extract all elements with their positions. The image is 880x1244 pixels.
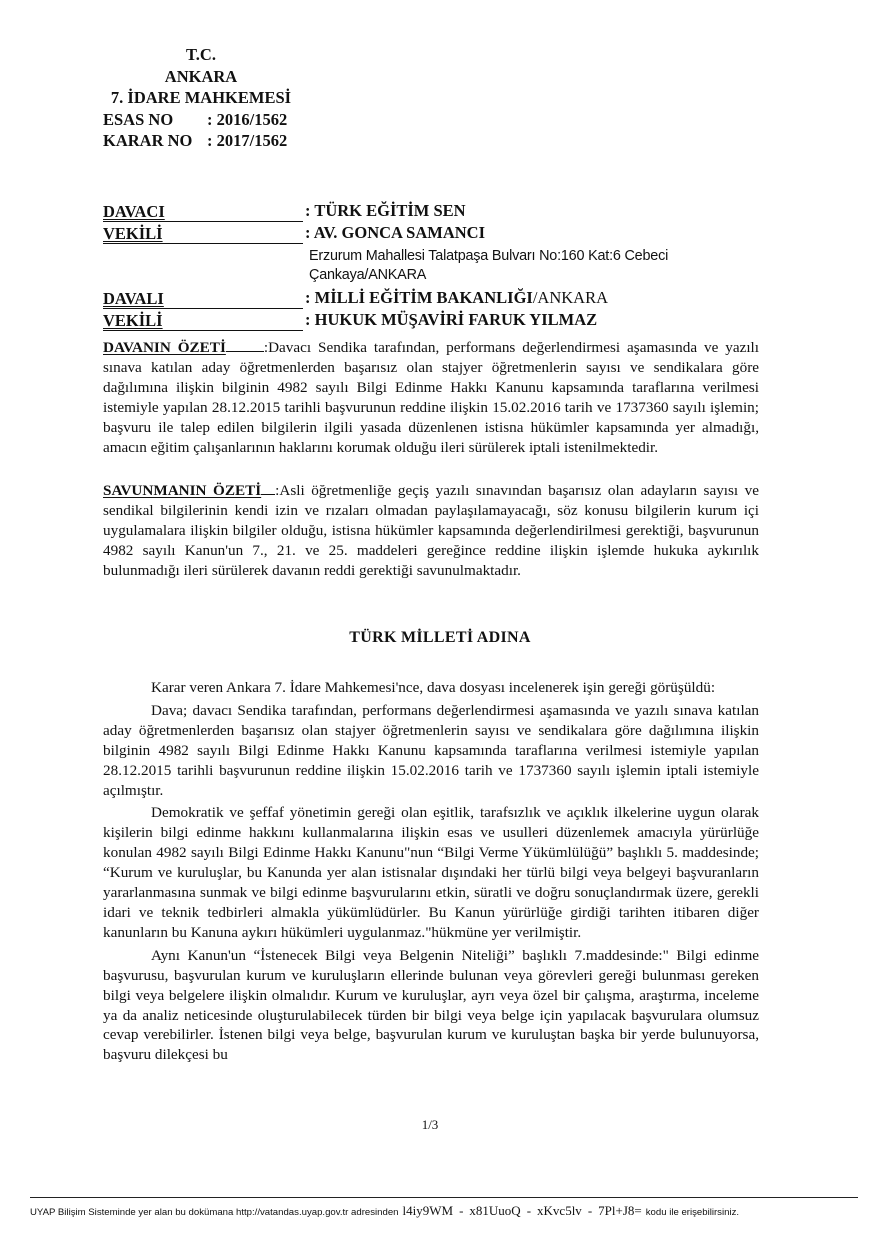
savunma-ozeti-section: SAVUNMANIN ÖZETİ:Asli öğretmenliğe geçiş… bbox=[103, 481, 759, 581]
davali-vekil-value: : HUKUK MÜŞAVİRİ FARUK YILMAZ bbox=[305, 309, 597, 331]
davaci-value: : TÜRK EĞİTİM SEN bbox=[305, 200, 466, 222]
footer-text: UYAP Bilişim Sisteminde yer alan bu dokü… bbox=[30, 1207, 399, 1218]
footer-tail: kodu ile erişebilirsiniz. bbox=[646, 1207, 739, 1218]
access-code-part-1: l4iy9WM bbox=[403, 1203, 454, 1218]
karar-no-row: KARAR NO : 2017/1562 bbox=[103, 130, 299, 152]
decision-title: TÜRK MİLLETİ ADINA bbox=[0, 629, 880, 647]
uyap-footer: UYAP Bilişim Sisteminde yer alan bu dokü… bbox=[30, 1203, 860, 1219]
dava-ozeti-section: DAVANIN ÖZETİ:Davacı Sendika tarafından,… bbox=[103, 338, 759, 457]
footer-divider bbox=[30, 1197, 858, 1198]
body-paragraph-4: Aynı Kanun'un “İstenecek Bilgi veya Belg… bbox=[103, 946, 759, 1065]
davali-value-city: /ANKARA bbox=[533, 288, 608, 307]
davaci-vekil-label: VEKİLİ bbox=[103, 224, 303, 244]
address-line-1: Erzurum Mahallesi Talatpaşa Bulvarı No:1… bbox=[309, 247, 763, 266]
address-line-2: Çankaya/ANKARA bbox=[309, 266, 763, 285]
dava-ozeti-text: :Davacı Sendika tarafından, performans d… bbox=[103, 339, 759, 456]
access-code-part-3: xKvc5lv bbox=[537, 1203, 582, 1218]
court-header: T.C. ANKARA 7. İDARE MAHKEMESİ ESAS NO :… bbox=[103, 44, 299, 152]
document-page: T.C. ANKARA 7. İDARE MAHKEMESİ ESAS NO :… bbox=[0, 0, 880, 1244]
davali-row: DAVALI : MİLLİ EĞİTİM BAKANLIĞI/ANKARA bbox=[103, 287, 763, 309]
davaci-vekil-row: VEKİLİ : AV. GONCA SAMANCI bbox=[103, 222, 763, 244]
esas-no-label: ESAS NO bbox=[103, 109, 207, 131]
davali-value-bold: : MİLLİ EĞİTİM BAKANLIĞI bbox=[305, 288, 533, 307]
header-tc: T.C. bbox=[103, 44, 299, 66]
davaci-vekil-value: : AV. GONCA SAMANCI bbox=[305, 222, 485, 244]
karar-no-value: : 2017/1562 bbox=[207, 130, 287, 152]
davali-value: : MİLLİ EĞİTİM BAKANLIĞI/ANKARA bbox=[305, 287, 608, 309]
header-city: ANKARA bbox=[103, 66, 299, 88]
body-paragraph-1: Karar veren Ankara 7. İdare Mahkemesi'nc… bbox=[103, 678, 759, 698]
decision-body: Karar veren Ankara 7. İdare Mahkemesi'nc… bbox=[103, 678, 759, 1065]
savunma-ozeti-label: SAVUNMANIN ÖZETİ bbox=[103, 482, 261, 499]
davaci-label: DAVACI bbox=[103, 202, 303, 222]
karar-no-label: KARAR NO bbox=[103, 130, 207, 152]
access-code-part-4: 7Pl+J8= bbox=[598, 1203, 642, 1218]
davali-label: DAVALI bbox=[103, 289, 303, 309]
access-code-part-2: x81UuoQ bbox=[469, 1203, 520, 1218]
davaci-vekil-address: Erzurum Mahallesi Talatpaşa Bulvarı No:1… bbox=[103, 247, 763, 285]
body-paragraph-3: Demokratik ve şeffaf yönetimin gereği ol… bbox=[103, 803, 759, 942]
header-court-name: 7. İDARE MAHKEMESİ bbox=[103, 87, 299, 109]
esas-no-row: ESAS NO : 2016/1562 bbox=[103, 109, 299, 131]
parties-block: DAVACI : TÜRK EĞİTİM SEN VEKİLİ : AV. GO… bbox=[103, 200, 763, 331]
esas-no-value: : 2016/1562 bbox=[207, 109, 287, 131]
page-number: 1/3 bbox=[0, 1117, 860, 1133]
davali-vekil-label: VEKİLİ bbox=[103, 311, 303, 331]
body-paragraph-2: Dava; davacı Sendika tarafından, perform… bbox=[103, 701, 759, 801]
dava-ozeti-label: DAVANIN ÖZETİ bbox=[103, 339, 226, 356]
access-code: l4iy9WM-x81UuoQ-xKvc5lv-7Pl+J8= bbox=[403, 1203, 642, 1219]
davaci-row: DAVACI : TÜRK EĞİTİM SEN bbox=[103, 200, 763, 222]
davali-vekil-row: VEKİLİ : HUKUK MÜŞAVİRİ FARUK YILMAZ bbox=[103, 309, 763, 331]
